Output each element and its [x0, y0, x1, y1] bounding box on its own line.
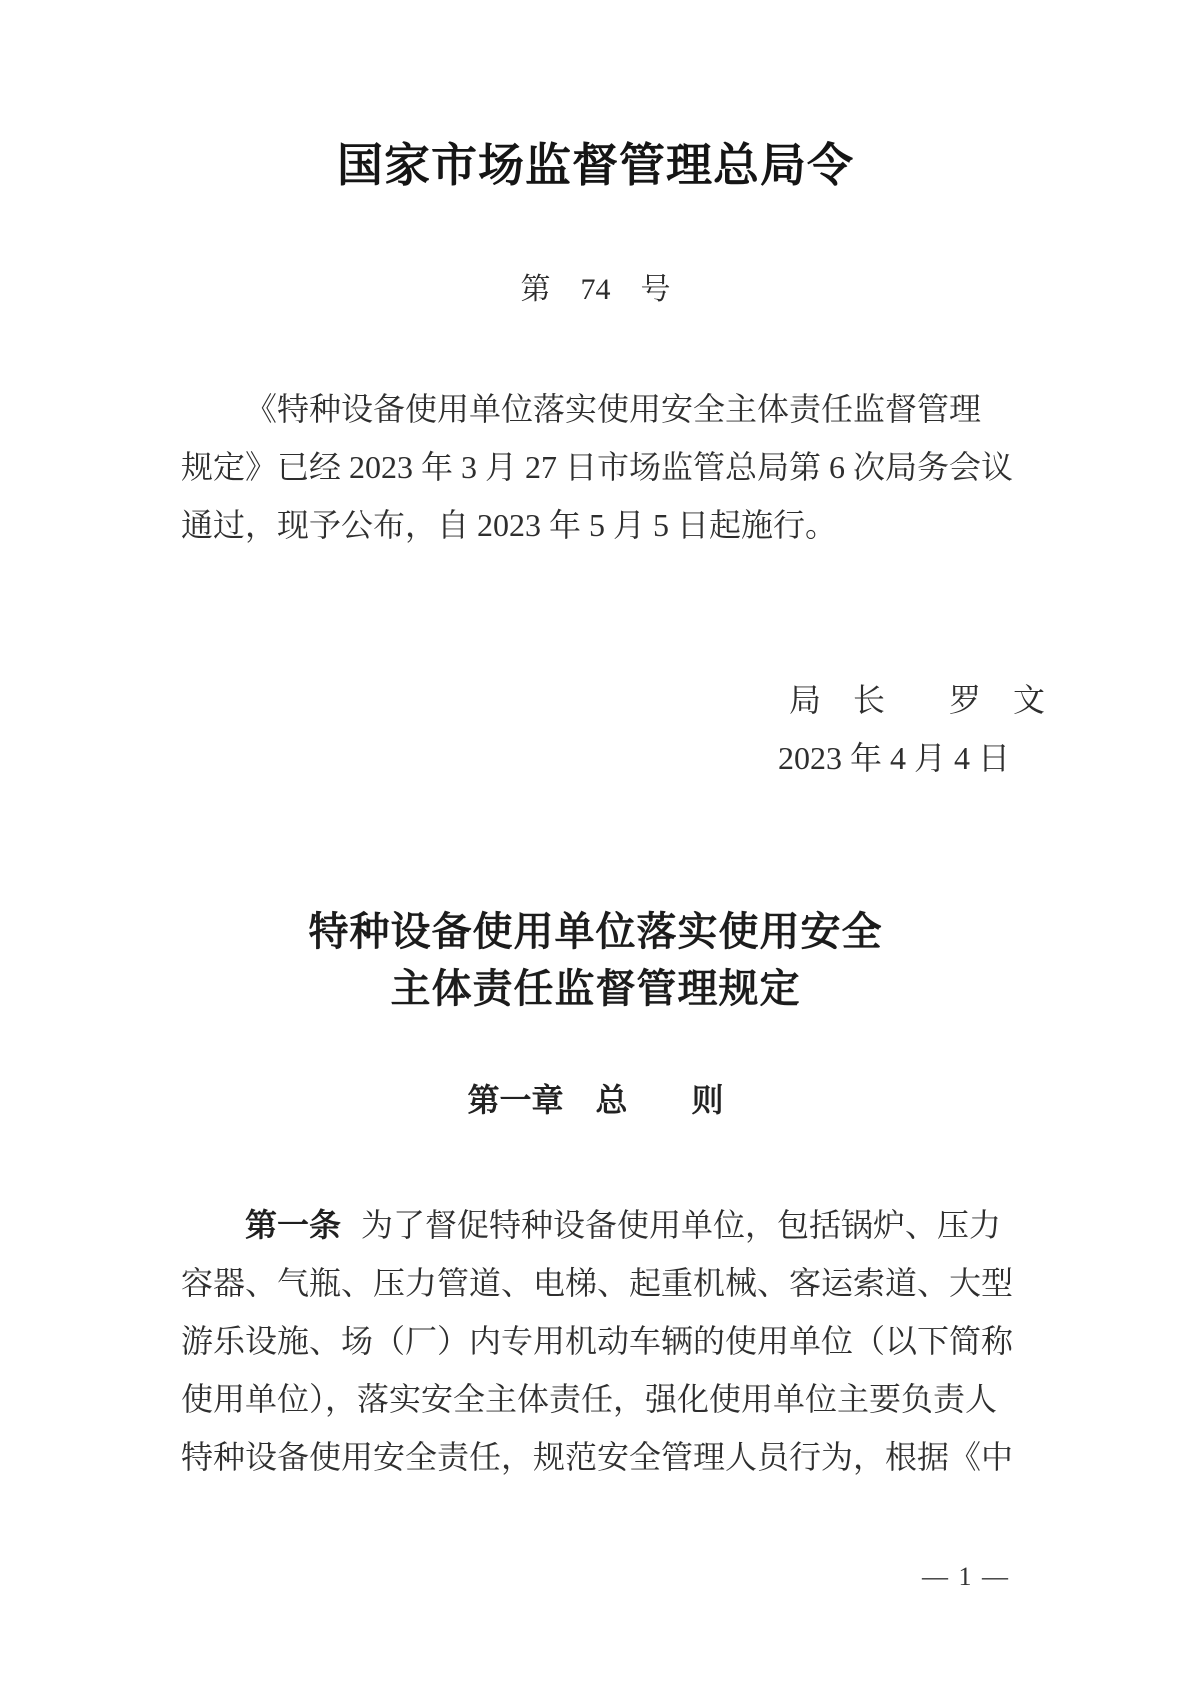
- regulation-title: 特种设备使用单位落实使用安全 主体责任监督管理规定: [181, 903, 1010, 1017]
- article-1-line-1-text: 为了督促特种设备使用单位，包括锅炉、压力: [361, 1207, 1001, 1243]
- page-content: 国家市场监督管理总局令 第 74 号 《特种设备使用单位落实使用安全主体责任监督…: [181, 0, 1010, 1486]
- article-1-label: 第一条: [245, 1207, 341, 1243]
- regulation-title-line-2: 主体责任监督管理规定: [181, 960, 1010, 1017]
- announcement-line-2: 规定》已经 2023 年 3 月 27 日市场监管总局第 6 次局务会议: [181, 438, 1010, 496]
- announcement-line-3: 通过，现予公布，自 2023 年 5 月 5 日起施行。: [181, 496, 1010, 554]
- article-1-line-1: 第一条为了督促特种设备使用单位，包括锅炉、压力: [181, 1196, 1010, 1254]
- article-1-line-3: 游乐设施、场（厂）内专用机动车辆的使用单位（以下简称: [181, 1312, 1010, 1370]
- article-1-line-5: 特种设备使用安全责任，规范安全管理人员行为，根据《中: [181, 1428, 1010, 1486]
- article-1-paragraph: 第一条为了督促特种设备使用单位，包括锅炉、压力 容器、气瓶、压力管道、电梯、起重…: [181, 1196, 1010, 1486]
- document-page: 国家市场监督管理总局令 第 74 号 《特种设备使用单位落实使用安全主体责任监督…: [0, 0, 1190, 1683]
- announcement-line-1: 《特种设备使用单位落实使用安全主体责任监督管理: [181, 380, 1010, 438]
- decree-number: 第 74 号: [181, 268, 1010, 312]
- page-number: — 1 —: [922, 1560, 1010, 1594]
- regulation-title-line-1: 特种设备使用单位落实使用安全: [181, 903, 1010, 960]
- signature-date: 2023 年 4 月 4 日: [181, 729, 1010, 787]
- chapter-1-heading: 第一章 总 则: [181, 1077, 1010, 1123]
- decree-title: 国家市场监督管理总局令: [181, 136, 1010, 196]
- article-1-line-2: 容器、气瓶、压力管道、电梯、起重机械、客运索道、大型: [181, 1254, 1010, 1312]
- announcement-paragraph: 《特种设备使用单位落实使用安全主体责任监督管理 规定》已经 2023 年 3 月…: [181, 380, 1010, 554]
- signature-block: 局 长 罗 文 2023 年 4 月 4 日: [181, 671, 1010, 787]
- article-1-line-4: 使用单位），落实安全主体责任，强化使用单位主要负责人: [181, 1370, 1010, 1428]
- signer-name: 局 长 罗 文: [181, 671, 1045, 729]
